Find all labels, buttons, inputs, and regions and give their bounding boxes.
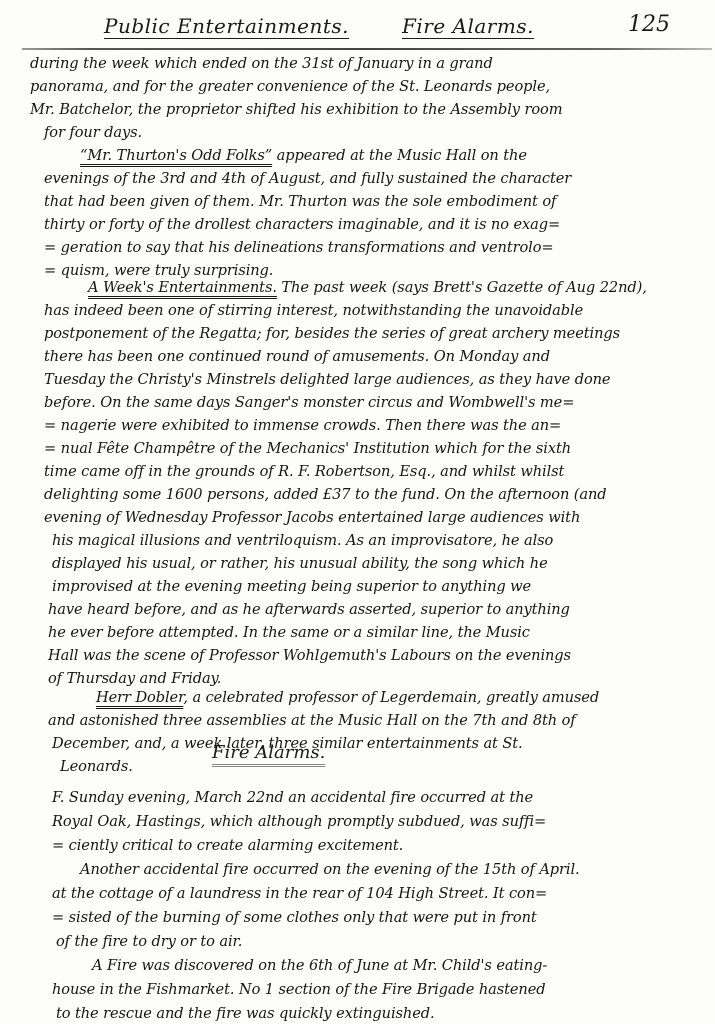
line-text: = quism, were truly surprising. bbox=[44, 262, 273, 279]
text-line: his magical illusions and ventriloquism.… bbox=[52, 531, 553, 551]
text-line: panorama, and for the greater convenienc… bbox=[30, 77, 550, 97]
text-line: for four days. bbox=[44, 123, 142, 143]
line-text: evenings of the 3rd and 4th of August, a… bbox=[44, 170, 571, 187]
line-text: have heard before, and as he afterwards … bbox=[48, 601, 570, 618]
header-right-title: Fire Alarms. bbox=[402, 14, 534, 38]
text-line: Mr. Batchelor, the proprietor shifted hi… bbox=[30, 100, 562, 120]
text-line: A Fire was discovered on the 6th of June… bbox=[92, 956, 547, 976]
text-line: time came off in the grounds of R. F. Ro… bbox=[44, 462, 564, 482]
text-line: evening of Wednesday Professor Jacobs en… bbox=[44, 508, 580, 528]
manuscript-page: Public Entertainments. Fire Alarms. 125 … bbox=[0, 0, 715, 1024]
line-text: during the week which ended on the 31st … bbox=[30, 55, 493, 72]
line-text: improvised at the evening meeting being … bbox=[52, 578, 531, 595]
line-text: thirty or forty of the drollest characte… bbox=[44, 216, 560, 233]
line-text: postponement of the Regatta; for, beside… bbox=[44, 325, 620, 342]
line-text: panorama, and for the greater convenienc… bbox=[30, 78, 550, 95]
line-text: = nual Fête Champêtre of the Mechanics' … bbox=[44, 440, 571, 457]
line-text: he ever before attempted. In the same or… bbox=[48, 624, 530, 641]
text-line: of the fire to dry or to air. bbox=[56, 932, 242, 952]
line-text: for four days. bbox=[44, 124, 142, 141]
line-text: appeared at the Music Hall on the bbox=[272, 147, 527, 164]
text-line: thirty or forty of the drollest characte… bbox=[44, 215, 560, 235]
text-line: delighting some 1600 persons, added £37 … bbox=[44, 485, 607, 505]
line-text: before. On the same days Sanger's monste… bbox=[44, 394, 574, 411]
section-heading-fire-alarms: Fire Alarms. bbox=[212, 742, 325, 763]
line-text: to the rescue and the fire was quickly e… bbox=[56, 1005, 435, 1022]
text-line: = geration to say that his delineations … bbox=[44, 238, 554, 258]
line-text: Another accidental fire occurred on the … bbox=[80, 861, 580, 878]
line-text: Mr. Batchelor, the proprietor shifted hi… bbox=[30, 101, 562, 118]
line-text: = sisted of the burning of some clothes … bbox=[52, 909, 537, 926]
line-text: Leonards. bbox=[60, 758, 133, 775]
entry-heading: A Week's Entertainments. bbox=[88, 279, 277, 296]
line-text: of the fire to dry or to air. bbox=[56, 933, 242, 950]
line-text: and astonished three assemblies at the M… bbox=[48, 712, 576, 729]
line-text: there has been one continued round of am… bbox=[44, 348, 550, 365]
text-line: Another accidental fire occurred on the … bbox=[80, 860, 580, 880]
text-line: Herr Dobler, a celebrated professor of L… bbox=[96, 688, 599, 708]
header-rule bbox=[22, 48, 712, 50]
text-line: Tuesday the Christy's Minstrels delighte… bbox=[44, 370, 610, 390]
text-line: there has been one continued round of am… bbox=[44, 347, 550, 367]
entry-heading: “Mr. Thurton's Odd Folks” bbox=[80, 147, 272, 164]
text-line: that had been given of them. Mr. Thurton… bbox=[44, 192, 556, 212]
line-text: delighting some 1600 persons, added £37 … bbox=[44, 486, 607, 503]
page-header: Public Entertainments. Fire Alarms. 125 bbox=[0, 8, 715, 48]
line-text: at the cottage of a laundress in the rea… bbox=[52, 885, 547, 902]
line-text: Tuesday the Christy's Minstrels delighte… bbox=[44, 371, 610, 388]
line-text: = nagerie were exhibited to immense crow… bbox=[44, 417, 561, 434]
text-line: house in the Fishmarket. No 1 section of… bbox=[52, 980, 546, 1000]
text-line: Hall was the scene of Professor Wohlgemu… bbox=[48, 646, 571, 666]
line-text: , a celebrated professor of Legerdemain,… bbox=[183, 689, 599, 706]
text-line: Leonards. bbox=[60, 757, 133, 777]
line-text: A Fire was discovered on the 6th of June… bbox=[92, 957, 547, 974]
text-line: and astonished three assemblies at the M… bbox=[48, 711, 576, 731]
text-line: F. Sunday evening, March 22nd an acciden… bbox=[52, 788, 533, 808]
text-line: = nual Fête Champêtre of the Mechanics' … bbox=[44, 439, 571, 459]
text-line: he ever before attempted. In the same or… bbox=[48, 623, 530, 643]
line-text: F. Sunday evening, March 22nd an acciden… bbox=[52, 789, 533, 806]
text-line: = ciently critical to create alarming ex… bbox=[52, 836, 403, 856]
line-text: = geration to say that his delineations … bbox=[44, 239, 554, 256]
header-left-title: Public Entertainments. bbox=[104, 14, 349, 38]
text-line: = nagerie were exhibited to immense crow… bbox=[44, 416, 561, 436]
line-text: of Thursday and Friday. bbox=[48, 670, 221, 687]
text-line: improvised at the evening meeting being … bbox=[52, 577, 531, 597]
text-line: has indeed been one of stirring interest… bbox=[44, 301, 583, 321]
text-line: evenings of the 3rd and 4th of August, a… bbox=[44, 169, 571, 189]
text-line: “Mr. Thurton's Odd Folks” appeared at th… bbox=[80, 146, 527, 166]
text-line: postponement of the Regatta; for, beside… bbox=[44, 324, 620, 344]
line-text: The past week (says Brett's Gazette of A… bbox=[277, 279, 647, 296]
text-line: have heard before, and as he afterwards … bbox=[48, 600, 570, 620]
text-line: at the cottage of a laundress in the rea… bbox=[52, 884, 547, 904]
line-text: that had been given of them. Mr. Thurton… bbox=[44, 193, 556, 210]
line-text: = ciently critical to create alarming ex… bbox=[52, 837, 403, 854]
line-text: displayed his usual, or rather, his unus… bbox=[52, 555, 548, 572]
line-text: Royal Oak, Hastings, which although prom… bbox=[52, 813, 546, 830]
text-line: displayed his usual, or rather, his unus… bbox=[52, 554, 548, 574]
text-line: = sisted of the burning of some clothes … bbox=[52, 908, 537, 928]
line-text: Hall was the scene of Professor Wohlgemu… bbox=[48, 647, 571, 664]
line-text: evening of Wednesday Professor Jacobs en… bbox=[44, 509, 580, 526]
entry-heading: Herr Dobler bbox=[96, 689, 183, 706]
line-text: his magical illusions and ventriloquism.… bbox=[52, 532, 553, 549]
line-text: house in the Fishmarket. No 1 section of… bbox=[52, 981, 546, 998]
text-line: during the week which ended on the 31st … bbox=[30, 54, 493, 74]
text-line: to the rescue and the fire was quickly e… bbox=[56, 1004, 435, 1024]
text-line: A Week's Entertainments. The past week (… bbox=[88, 278, 647, 298]
text-line: of Thursday and Friday. bbox=[48, 669, 221, 689]
text-line: before. On the same days Sanger's monste… bbox=[44, 393, 574, 413]
line-text: time came off in the grounds of R. F. Ro… bbox=[44, 463, 564, 480]
line-text: has indeed been one of stirring interest… bbox=[44, 302, 583, 319]
page-number: 125 bbox=[628, 12, 670, 37]
text-line: Royal Oak, Hastings, which although prom… bbox=[52, 812, 546, 832]
